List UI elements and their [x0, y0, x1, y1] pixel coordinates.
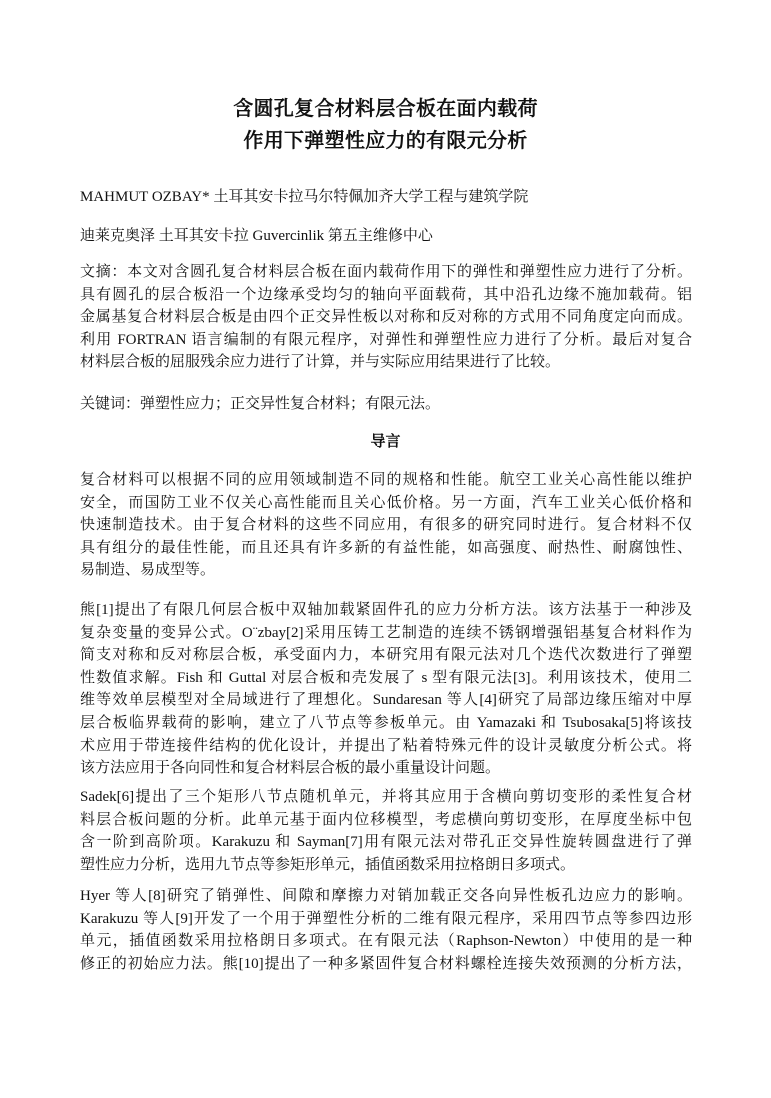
paragraph-3: Sadek[6]提出了三个矩形八节点随机单元，并将其应用于含横向剪切变形的柔性复…: [80, 786, 692, 876]
author-1: MAHMUT OZBAY* 土耳其安卡拉马尔特佩加齐大学工程与建筑学院: [80, 186, 691, 209]
paragraph-line: 修正的初始应力法。熊[10]提出了一种多紧固件复合材料螺栓连接失效预测的分析方法…: [80, 953, 692, 976]
paragraph-line: 层合板临界载荷的影响，建立了八节点等参板单元。由 Yamazaki 和 Tsub…: [80, 712, 692, 735]
paragraph-line: 塑性应力分析，选用九节点等参矩形单元，插值函数采用拉格朗日多项式。: [80, 854, 692, 877]
paragraph-line: 含一阶到高阶项。Karakuzu 和 Sayman[7]用有限元法对带孔正交异性…: [80, 831, 692, 854]
document-page: 含圆孔复合材料层合板在面内载荷 作用下弹塑性应力的有限元分析 MAHMUT OZ…: [0, 0, 771, 1098]
paragraph-line: 料层合板问题的分析。此单元基于面内位移模型，考虑横向剪切变形，在厚度坐标中包: [80, 809, 692, 832]
paragraph-line: Sadek[6]提出了三个矩形八节点随机单元，并将其应用于含横向剪切变形的柔性复…: [80, 786, 692, 809]
author-2: 迪莱克奥泽 土耳其安卡拉 Guvercinlik 第五主维修中心: [80, 225, 691, 248]
paragraph-line: 性数值求解。Fish 和 Guttal 对层合板和壳发展了 s 型有限元法[3]…: [80, 667, 692, 690]
abstract-line: 文摘：本文对含圆孔复合材料层合板在面内载荷作用下的弹性和弹塑性应力进行了分析。: [80, 261, 692, 284]
abstract-line: 具有圆孔的层合板沿一个边缘承受均匀的轴向平面载荷，其中沿孔边缘不施加载荷。铝: [80, 284, 692, 307]
paragraph-line: 复杂变量的变异公式。O¨zbay[2]采用压铸工艺制造的连续不锈钢增强铝基复合材…: [80, 622, 692, 645]
abstract-line: 材料层合板的屈服残余应力进行了计算，并与实际应用结果进行了比较。: [80, 351, 692, 374]
paragraph-line: 术应用于带连接件结构的优化设计，并提出了粘着特殊元件的设计灵敏度分析公式。将: [80, 735, 692, 758]
abstract-line: 金属基复合材料层合板是由四个正交异性板以对称和反对称的方式用不同角度定向而成。: [80, 306, 692, 329]
title-line-2: 作用下弹塑性应力的有限元分析: [0, 124, 771, 156]
paragraph-line: Hyer 等人[8]研究了销弹性、间隙和摩擦力对销加载正交各向异性板孔边应力的影…: [80, 885, 692, 908]
paragraph-line: 熊[1]提出了有限几何层合板中双轴加载紧固件孔的应力分析方法。该方法基于一种涉及: [80, 599, 692, 622]
paragraph-line: 单元，插值函数采用拉格朗日多项式。在有限元法（Raphson-Newton）中使…: [80, 930, 692, 953]
paper-title: 含圆孔复合材料层合板在面内载荷 作用下弹塑性应力的有限元分析: [0, 92, 771, 156]
paragraph-line: 具有组分的最佳性能，而且还具有许多新的有益性能，如高强度、耐热性、耐腐蚀性、: [80, 537, 692, 560]
title-line-1: 含圆孔复合材料层合板在面内载荷: [0, 92, 771, 124]
paragraph-line: 快速制造技术。由于复合材料的这些不同应用，有很多的研究同时进行。复合材料不仅: [80, 514, 692, 537]
keywords: 关键词：弹塑性应力；正交异性复合材料；有限元法。: [80, 393, 691, 416]
paragraph-line: Karakuzu 等人[9]开发了一个用于弹塑性分析的二维有限元程序，采用四节点…: [80, 908, 692, 931]
abstract-line: 利用 FORTRAN 语言编制的有限元程序，对弹性和弹塑性应力进行了分析。最后对…: [80, 329, 692, 352]
paragraph-line: 该方法应用于各向同性和复合材料层合板的最小重量设计问题。: [80, 757, 692, 780]
paragraph-line: 简支对称和反对称层合板，承受面内力，本研究用有限元法对几个迭代次数进行了弹塑: [80, 644, 692, 667]
paragraph-line: 安全，而国防工业不仅关心高性能而且关心低价格。另一方面，汽车工业关心低价格和: [80, 492, 692, 515]
paragraph-4: Hyer 等人[8]研究了销弹性、间隙和摩擦力对销加载正交各向异性板孔边应力的影…: [80, 885, 692, 975]
paragraph-line: 维等效单层模型对全局域进行了理想化。Sundaresan 等人[4]研究了局部边…: [80, 689, 692, 712]
paragraph-line: 易制造、易成型等。: [80, 559, 692, 582]
abstract: 文摘：本文对含圆孔复合材料层合板在面内载荷作用下的弹性和弹塑性应力进行了分析。 …: [80, 261, 692, 374]
paragraph-1: 复合材料可以根据不同的应用领域制造不同的规格和性能。航空工业关心高性能以维护 安…: [80, 469, 692, 582]
paragraph-line: 复合材料可以根据不同的应用领域制造不同的规格和性能。航空工业关心高性能以维护: [80, 469, 692, 492]
section-heading-introduction: 导言: [0, 430, 771, 452]
paragraph-2: 熊[1]提出了有限几何层合板中双轴加载紧固件孔的应力分析方法。该方法基于一种涉及…: [80, 599, 692, 780]
